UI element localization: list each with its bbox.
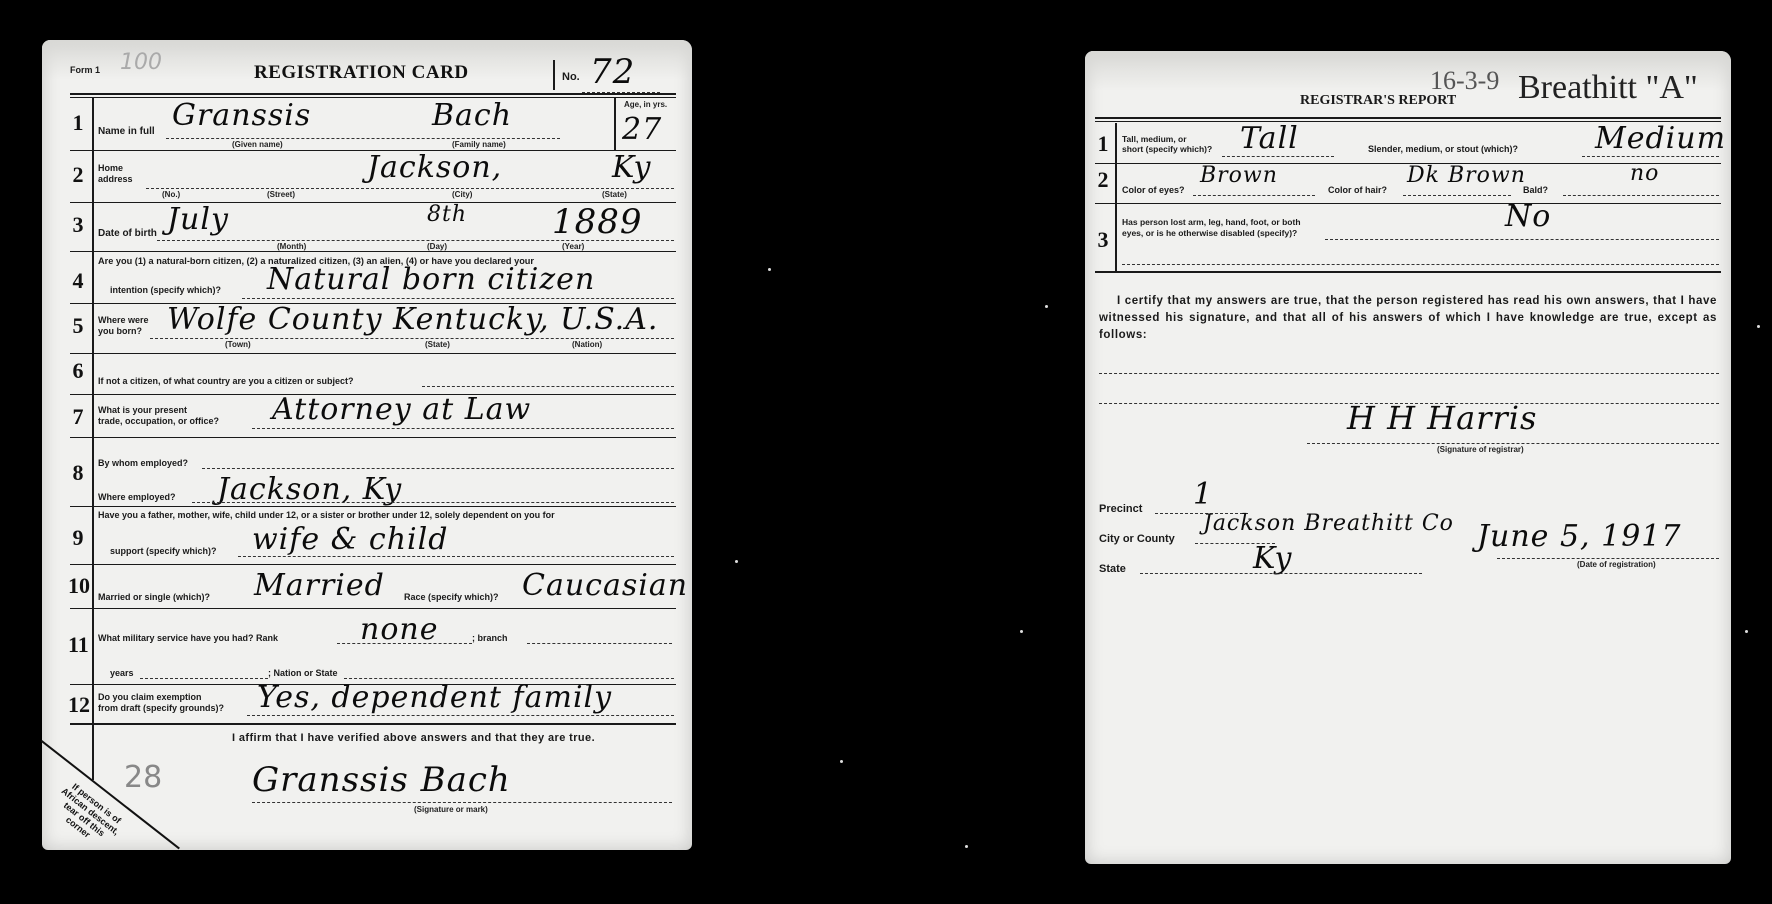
dependents-underline [238,556,674,557]
exemption-answer: Yes, dependent family [257,680,612,715]
row-number: 2 [1093,167,1113,193]
family-name: Bach [432,98,512,133]
dob-month: July [167,202,229,237]
address-underline [146,188,674,189]
bald-underline [1563,195,1719,196]
dob-day: 8th [427,202,467,227]
disability-label-2: eyes, or is he otherwise disabled (speci… [1122,228,1297,238]
military-rank-answer: none [360,612,438,647]
citizenship-answer: Natural born citizen [267,262,595,297]
bald-answer: no [1630,161,1659,186]
exemption-label: Do you claim exemption [98,692,202,702]
row-divider [1095,203,1721,204]
registration-date: June 5, 1917 [1477,519,1681,554]
city-county-value: Jackson Breathitt Co [1203,511,1454,536]
citizenship-intention-label: intention (specify which)? [110,285,221,295]
married-answer: Married [254,568,385,603]
citizenship-underline [242,298,674,299]
state-value: Ky [1253,541,1292,576]
occupation-label-2: trade, occupation, or office? [98,416,219,426]
occupation-answer: Attorney at Law [272,392,531,427]
row-number: 3 [68,212,88,238]
exemption-label-2: from draft (specify grounds)? [98,703,224,713]
years-underline [140,678,268,679]
row-number: 4 [68,268,88,294]
row-number: 1 [1093,131,1113,157]
row-number: 3 [1093,227,1113,253]
employer-underline [202,468,674,469]
state-underline [1140,573,1422,574]
height-label-2: short (specify which)? [1122,144,1212,154]
birthplace-label-2: you born? [98,326,142,336]
row-number: 2 [68,162,88,188]
caption-month: (Month) [277,242,306,251]
row-number-divider [92,98,94,780]
race-label: Race (specify which)? [404,592,499,602]
caption-state: (State) [602,190,627,199]
hair-color-underline [1403,195,1511,196]
header-rule [70,97,676,98]
number-divider [553,60,555,90]
city-county-label: City or County [1099,533,1175,545]
nation-state-label: ; Nation or State [268,668,338,678]
row-number-divider [1115,123,1117,271]
dependents-question: Have you a father, mother, wife, child u… [98,510,555,520]
registration-card: Form 1 100 REGISTRATION CARD No. 72 1 Na… [42,40,692,850]
row-divider [70,353,676,354]
row-number: 6 [68,358,88,384]
where-employed-underline [192,502,674,503]
precinct-value: 1 [1193,477,1213,512]
height-answer: Tall [1240,121,1299,156]
scan-speck [840,760,843,763]
stamp-number: 16-3-9 [1430,66,1499,96]
eye-color-underline [1193,195,1315,196]
build-answer: Medium [1595,121,1726,156]
family-name-caption: (Family name) [452,140,506,149]
registrar-signature: H H Harris [1347,399,1537,437]
build-underline [1582,156,1719,157]
header-rule [1095,117,1721,119]
registrant-signature: Granssis Bach [252,760,511,800]
scan-speck [1045,305,1048,308]
pencil-number: 28 [124,760,162,795]
occupation-underline [252,428,674,429]
registrar-signature-caption: (Signature of registrar) [1437,445,1524,454]
address-label: address [98,174,133,184]
name-underline [166,138,560,139]
age-label: Age, in yrs. [624,100,667,109]
height-label: Tall, medium, or [1122,134,1187,144]
name-label: Name in full [98,126,155,137]
form-label: Form 1 [70,65,100,75]
eye-color-answer: Brown [1200,163,1278,188]
caption-year: (Year) [562,242,584,251]
branch-label: ; branch [472,633,508,643]
row-number: 1 [68,110,88,136]
row-divider [70,608,676,609]
height-underline [1222,156,1334,157]
card-title: REGISTRATION CARD [254,62,469,84]
registration-date-underline [1497,558,1719,559]
scan-speck [735,560,738,563]
county-stamp: Breathitt "A" [1518,69,1698,107]
form-pencil-note: 100 [120,50,162,75]
disability-underline [1325,239,1719,240]
caption-nation: (Nation) [572,340,602,349]
row-divider [1095,271,1721,273]
caption-day: (Day) [427,242,447,251]
nation-state-underline [344,678,674,679]
rank-underline [337,643,472,644]
row-number: 9 [68,525,88,551]
home-label: Home [98,163,123,173]
home-city: Jackson, [367,150,502,185]
hair-color-label: Color of hair? [1328,185,1387,195]
branch-underline [527,643,672,644]
tear-off-corner-text: If person is of African descent, tear of… [47,778,127,853]
caption-city: (City) [452,190,472,199]
given-name: Granssis [172,98,311,133]
affirm-text: I affirm that I have verified above answ… [232,732,595,744]
birthplace-label: Where were [98,315,149,325]
row-divider [70,723,676,725]
caption-state: (State) [425,340,450,349]
occupation-label: What is your present [98,405,187,415]
employer-label: By whom employed? [98,458,188,468]
foreign-citizen-question: If not a citizen, of what country are yo… [98,376,354,386]
military-service-label: What military service have you had? Rank [98,633,278,643]
row-number: 5 [68,313,88,339]
row-divider [70,437,676,438]
row-divider [70,251,676,252]
where-employed-label: Where employed? [98,492,176,502]
disability-underline-2 [1122,264,1719,265]
exemption-underline [247,715,674,716]
eye-color-label: Color of eyes? [1122,185,1185,195]
row-divider [70,506,676,507]
row-number: 12 [68,692,88,718]
scan-speck [1757,325,1760,328]
card-number: 72 [590,52,635,92]
build-label: Slender, medium, or stout (which)? [1368,144,1518,154]
foreign-citizen-underline [422,386,674,387]
state-label: State [1099,563,1126,575]
disability-label: Has person lost arm, leg, hand, foot, or… [1122,217,1301,227]
race-answer: Caucasian [522,568,688,603]
hair-color-answer: Dk Brown [1407,163,1526,188]
caption-street: (Street) [267,190,295,199]
years-label: years [110,668,134,678]
row-number: 11 [68,632,88,658]
dependents-answer: wife & child [252,522,448,557]
birthplace-answer: Wolfe County Kentucky, U.S.A. [167,302,658,337]
scan-speck [1745,630,1748,633]
precinct-label: Precinct [1099,503,1142,515]
bald-label: Bald? [1523,185,1548,195]
scan-speck [768,268,771,271]
caption-no: (No.) [162,190,180,199]
dob-underline [157,240,674,241]
scan-speck [1020,630,1023,633]
signature-caption: (Signature or mark) [414,805,488,814]
certify-text: I certify that my answers are true, that… [1099,293,1717,344]
number-label: No. [562,71,580,83]
row-number: 10 [68,573,88,599]
row-divider [70,564,676,565]
exceptions-line-1 [1099,373,1719,374]
married-label: Married or single (which)? [98,592,210,602]
row-number: 8 [68,460,88,486]
age-value: 27 [622,112,662,147]
home-state: Ky [612,150,651,185]
signature-underline [252,802,672,803]
age-divider [614,98,616,150]
disability-answer: No [1505,199,1551,234]
birthplace-underline [150,338,674,339]
registrar-signature-underline [1307,443,1719,444]
row-number: 7 [68,404,88,430]
dependents-label: support (specify which)? [110,546,217,556]
registrars-report-card: REGISTRAR'S REPORT 16-3-9 Breathitt "A" … [1085,51,1731,864]
header-rule [70,93,676,95]
scan-speck [965,845,968,848]
given-name-caption: (Given name) [232,140,283,149]
registration-date-caption: (Date of registration) [1577,560,1656,569]
dob-year: 1889 [552,202,643,242]
dob-label: Date of birth [98,228,157,239]
caption-town: (Town) [225,340,251,349]
